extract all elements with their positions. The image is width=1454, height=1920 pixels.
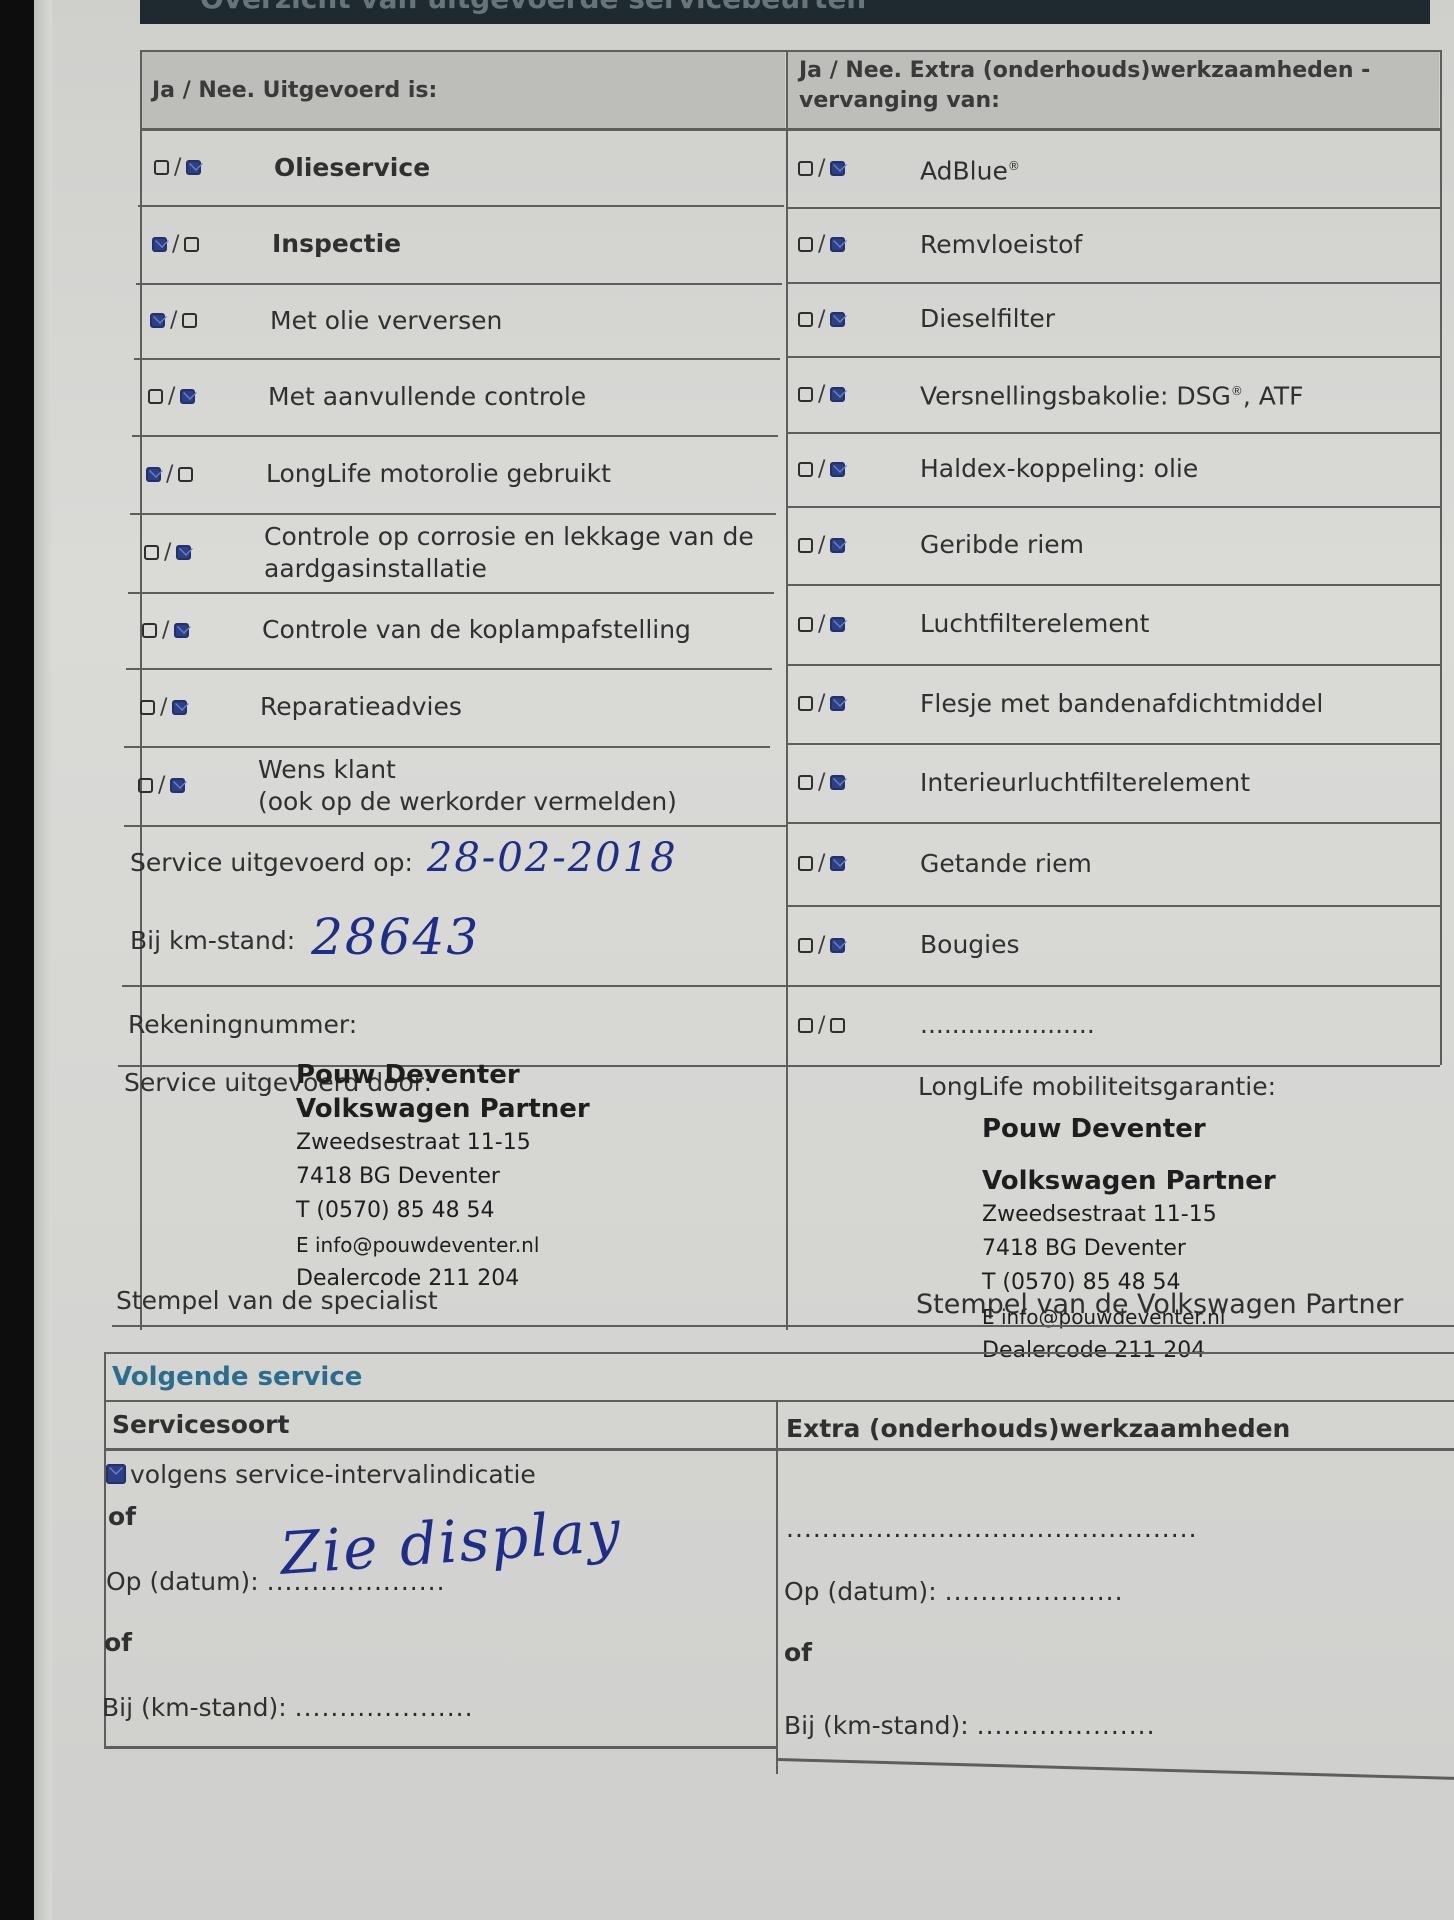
account-label: Rekeningnummer: — [128, 1010, 357, 1039]
replacement-label: Dieselfilter — [920, 303, 1055, 335]
ja-nee-checkboxes: / — [154, 155, 236, 180]
nee-checkbox[interactable] — [830, 938, 845, 953]
rule-line — [786, 905, 1440, 907]
servicesoort-header: Servicesoort — [112, 1402, 289, 1446]
ja-nee-checkboxes: / — [798, 851, 880, 876]
label-text: Dieselfilter — [920, 304, 1055, 333]
slash-separator: / — [818, 851, 825, 876]
label-text: Geribde riem — [920, 530, 1084, 559]
replacement-row: /Remvloeistof — [790, 207, 1438, 282]
left-service-row: /Wens klant(ook op de werkorder vermelde… — [128, 746, 768, 825]
nee-checkbox[interactable] — [176, 545, 191, 560]
rule-line — [124, 825, 786, 827]
interval-option: volgens service-intervalindicatie — [106, 1452, 536, 1496]
ja-nee-checkboxes: / — [798, 770, 880, 795]
ja-nee-checkboxes: / — [150, 308, 232, 333]
nee-checkbox[interactable] — [178, 467, 193, 482]
registered-mark: ® — [1231, 384, 1243, 398]
label-line: LongLife motorolie gebruikt — [266, 458, 611, 490]
replacement-row: /Interieurluchtfilterelement — [790, 743, 1438, 822]
nee-checkbox[interactable] — [186, 160, 201, 175]
rule-line — [776, 1402, 778, 1774]
left-service-row: /Met olie verversen — [140, 283, 780, 358]
nee-checkbox[interactable] — [830, 312, 845, 327]
page-edge — [34, 0, 52, 1920]
service-item-label: Met aanvullende controle — [268, 381, 586, 413]
ja-checkbox[interactable] — [798, 237, 813, 252]
ja-checkbox[interactable] — [798, 312, 813, 327]
left-service-row: /Controle op corrosie en lekkage van dea… — [134, 513, 774, 592]
dealer-name: Pouw Deventer — [296, 1058, 590, 1092]
ja-checkbox[interactable] — [148, 389, 163, 404]
nee-checkbox[interactable] — [174, 623, 189, 638]
ja-checkbox[interactable] — [798, 538, 813, 553]
label-line: Met aanvullende controle — [268, 381, 586, 413]
next-service-title: Volgende service — [112, 1356, 362, 1398]
rule-line — [124, 746, 770, 748]
left-header: Ja / Nee. Uitgevoerd is: — [140, 52, 785, 130]
replacement-row: /Bougies — [790, 905, 1438, 985]
nee-checkbox[interactable] — [180, 389, 195, 404]
label-suffix: , ATF — [1243, 382, 1304, 411]
service-item-label: Olieservice — [274, 152, 430, 184]
replacement-row: /Haldex-koppeling: olie — [790, 432, 1438, 506]
rule-line — [134, 358, 780, 360]
interval-checkbox[interactable] — [106, 1464, 126, 1484]
slash-separator: / — [162, 618, 169, 643]
rule-line — [130, 513, 776, 515]
stamp-partner-label: Stempel van de Volkswagen Partner — [916, 1284, 1403, 1324]
label-line: Wens klant — [258, 754, 677, 786]
label-line: Reparatieadvies — [260, 691, 462, 723]
replacement-label: AdBlue® — [920, 150, 1020, 187]
label-text: ...................... — [920, 1010, 1095, 1039]
or-label-2: of — [104, 1622, 132, 1662]
dealer-street: Zweedsestraat 11-15 — [982, 1198, 1276, 1232]
extra-date-dots[interactable]: .................... — [945, 1577, 1124, 1606]
ja-nee-checkboxes: / — [798, 156, 880, 181]
slash-separator: / — [818, 770, 825, 795]
replacement-row: /AdBlue® — [790, 130, 1438, 207]
ja-checkbox[interactable] — [146, 467, 161, 482]
left-header-text: Ja / Nee. Uitgevoerd is: — [152, 78, 437, 103]
nee-checkbox[interactable] — [830, 1018, 845, 1033]
left-service-row: /Met aanvullende controle — [138, 358, 778, 435]
extra-km-dots[interactable]: .................... — [977, 1711, 1156, 1740]
nee-checkbox[interactable] — [170, 778, 185, 793]
ja-checkbox[interactable] — [798, 856, 813, 871]
replacement-label: Getande riem — [920, 848, 1092, 880]
rule-line — [786, 1325, 1454, 1327]
ja-checkbox[interactable] — [798, 387, 813, 402]
slash-separator: / — [818, 156, 825, 181]
left-service-row: /LongLife motorolie gebruikt — [136, 435, 776, 513]
rule-line — [140, 50, 1440, 52]
slash-separator: / — [168, 384, 175, 409]
dealer-code: Dealercode 211 204 — [982, 1334, 1276, 1368]
replacement-label: Geribde riem — [920, 529, 1084, 561]
ja-checkbox[interactable] — [150, 313, 165, 328]
rule-line — [786, 506, 1440, 508]
slash-separator: / — [818, 933, 825, 958]
extra-work-header: Extra (onderhouds)werkzaamheden — [786, 1406, 1290, 1450]
slash-separator: / — [172, 232, 179, 257]
ja-nee-checkboxes: / — [152, 232, 234, 257]
ja-checkbox[interactable] — [798, 161, 813, 176]
slash-separator: / — [818, 457, 825, 482]
nee-checkbox[interactable] — [830, 617, 845, 632]
ja-nee-checkboxes: / — [798, 232, 880, 257]
service-item-label: Inspectie — [272, 228, 401, 260]
rule-line — [786, 743, 1440, 745]
ja-nee-checkboxes: / — [798, 1013, 880, 1038]
rule-line — [112, 1325, 788, 1327]
service-date-row: Service uitgevoerd op:28-02-2018 — [128, 830, 778, 895]
ja-nee-checkboxes: / — [798, 533, 880, 558]
slash-separator: / — [160, 695, 167, 720]
ja-nee-checkboxes: / — [140, 695, 222, 720]
label-line: Olieservice — [274, 152, 430, 184]
rule-line — [128, 592, 774, 594]
extra-work-line[interactable]: ........................................… — [786, 1508, 1198, 1548]
right-header-text: Ja / Nee. Extra (onderhouds)werkzaamhede… — [799, 58, 1370, 113]
ja-checkbox[interactable] — [138, 778, 153, 793]
ja-checkbox[interactable] — [798, 775, 813, 790]
registered-mark: ® — [1008, 159, 1020, 173]
rule-line — [104, 1448, 1454, 1451]
left-service-row: /Controle van de koplampafstelling — [132, 592, 772, 668]
ja-nee-checkboxes: / — [144, 540, 226, 565]
slash-separator: / — [818, 691, 825, 716]
label-text: Interieurluchtfilterelement — [920, 768, 1250, 797]
extra-or-label: of — [784, 1632, 812, 1672]
replacement-label: Versnellingsbakolie: DSG®, ATF — [920, 375, 1304, 412]
label-text: Haldex-koppeling: olie — [920, 454, 1198, 483]
ja-checkbox[interactable] — [798, 938, 813, 953]
rule-line — [126, 668, 772, 670]
ja-nee-checkboxes: / — [798, 307, 880, 332]
rule-line — [786, 50, 788, 1330]
replacement-label: Bougies — [920, 929, 1020, 961]
dealer-stamp: Pouw DeventerVolkswagen PartnerZweedsest… — [296, 1058, 590, 1296]
banner-title: Overzicht van uitgevoerde servicebeurten — [200, 0, 866, 15]
right-header: Ja / Nee. Extra (onderhouds)werkzaamhede… — [787, 52, 1439, 130]
extra-date-row: Op (datum):.................... — [784, 1566, 1124, 1616]
replacement-label: Remvloeistof — [920, 229, 1082, 261]
ja-nee-checkboxes: / — [798, 933, 880, 958]
left-service-row: /Olieservice — [144, 130, 784, 205]
rule-line — [104, 1746, 778, 1749]
slash-separator: / — [170, 308, 177, 333]
ja-checkbox[interactable] — [798, 462, 813, 477]
service-date-value[interactable]: 28-02-2018 — [427, 835, 678, 881]
rule-line — [786, 282, 1440, 284]
next-km-row: Bij (km-stand):.................... — [102, 1682, 474, 1732]
replacement-label: Luchtfilterelement — [920, 608, 1149, 640]
label-line: Inspectie — [272, 228, 401, 260]
nee-checkbox[interactable] — [830, 696, 845, 711]
dealer-phone: T (0570) 85 48 54 — [296, 1194, 590, 1228]
label-text: Getande riem — [920, 849, 1092, 878]
ja-checkbox[interactable] — [798, 1018, 813, 1033]
km-label: Bij (km-stand): — [102, 1693, 287, 1722]
rule-line — [786, 432, 1440, 434]
label-line: Controle op corrosie en lekkage van de — [264, 521, 754, 553]
slash-separator: / — [818, 232, 825, 257]
rule-line — [136, 283, 782, 285]
replacement-row: /Geribde riem — [790, 506, 1438, 584]
ja-nee-checkboxes: / — [798, 612, 880, 637]
ja-nee-checkboxes: / — [798, 457, 880, 482]
service-item-label: Wens klant(ook op de werkorder vermelden… — [258, 754, 677, 818]
section-banner: Overzicht van uitgevoerde servicebeurten — [140, 0, 1430, 24]
extra-km-row: Bij (km-stand):.................... — [784, 1700, 1156, 1750]
label-text: Flesje met bandenafdichtmiddel — [920, 689, 1323, 718]
ja-checkbox[interactable] — [140, 700, 155, 715]
ja-nee-checkboxes: / — [798, 382, 880, 407]
interval-label: volgens service-intervalindicatie — [130, 1460, 536, 1489]
dealer-email[interactable]: E info@pouwdeventer.nl — [296, 1228, 590, 1262]
label-line-2: aardgasinstallatie — [264, 553, 754, 585]
nee-checkbox[interactable] — [830, 462, 845, 477]
replacement-label: Flesje met bandenafdichtmiddel — [920, 688, 1323, 720]
km-row: Bij km-stand:28643 — [128, 905, 778, 975]
rule-line — [786, 985, 1440, 987]
rule-line — [132, 435, 778, 437]
slash-separator: / — [818, 382, 825, 407]
service-item-label: Met olie verversen — [270, 305, 502, 337]
ja-nee-checkboxes: / — [142, 618, 224, 643]
left-service-row: /Inspectie — [142, 205, 782, 283]
rule-line — [786, 207, 1440, 209]
replacement-label: Interieurluchtfilterelement — [920, 767, 1250, 799]
label-text: Versnellingsbakolie: DSG — [920, 382, 1231, 411]
nee-checkbox[interactable] — [184, 237, 199, 252]
km-value[interactable]: 28643 — [311, 908, 480, 966]
dealer-stamp: Pouw DeventerVolkswagen PartnerZweedsest… — [982, 1112, 1276, 1368]
rule-line — [1440, 50, 1442, 1065]
ja-checkbox[interactable] — [142, 623, 157, 638]
label-text: Luchtfilterelement — [920, 609, 1149, 638]
replacement-row: /...................... — [790, 985, 1438, 1065]
dealer-street: Zweedsestraat 11-15 — [296, 1126, 590, 1160]
km-label: Bij km-stand: — [130, 926, 295, 955]
ja-checkbox[interactable] — [798, 617, 813, 632]
service-date-label: Service uitgevoerd op: — [130, 848, 413, 877]
replacement-label: ...................... — [920, 1009, 1095, 1041]
dealer-subtitle: Volkswagen Partner — [296, 1092, 590, 1126]
service-item-label: LongLife motorolie gebruikt — [266, 458, 611, 490]
dealer-subtitle: Volkswagen Partner — [982, 1164, 1276, 1198]
rule-line — [104, 1352, 1454, 1354]
service-item-label: Controle op corrosie en lekkage van deaa… — [264, 521, 754, 585]
km-dots[interactable]: .................... — [295, 1693, 474, 1722]
rule-line — [104, 1400, 1454, 1402]
label-text: Remvloeistof — [920, 230, 1082, 259]
ja-nee-checkboxes: / — [798, 691, 880, 716]
dealer-city: 7418 BG Deventer — [982, 1232, 1276, 1266]
label-line: Met olie verversen — [270, 305, 502, 337]
replacement-row: /Luchtfilterelement — [790, 584, 1438, 664]
rule-line — [138, 205, 784, 207]
date-label: Op (datum): — [106, 1567, 259, 1596]
extra-km-label: Bij (km-stand): — [784, 1711, 969, 1740]
nee-checkbox[interactable] — [830, 387, 845, 402]
replacement-row: /Dieselfilter — [790, 282, 1438, 356]
left-service-row: /Reparatieadvies — [130, 668, 770, 746]
rule-line — [786, 664, 1440, 666]
slash-separator: / — [158, 773, 165, 798]
ja-checkbox[interactable] — [798, 696, 813, 711]
service-item-label: Controle van de koplampafstelling — [262, 614, 691, 646]
dealer-city: 7418 BG Deventer — [296, 1160, 590, 1194]
nee-checkbox[interactable] — [830, 538, 845, 553]
label-text: AdBlue — [920, 156, 1008, 185]
label-text: Bougies — [920, 930, 1020, 959]
slash-separator: / — [818, 307, 825, 332]
label-line-2: (ook op de werkorder vermelden) — [258, 786, 677, 818]
nee-checkbox[interactable] — [172, 700, 187, 715]
service-item-label: Reparatieadvies — [260, 691, 462, 723]
ja-nee-checkboxes: / — [138, 773, 220, 798]
nee-checkbox[interactable] — [182, 313, 197, 328]
ja-checkbox[interactable] — [144, 545, 159, 560]
rule-line — [786, 356, 1440, 358]
slash-separator: / — [164, 540, 171, 565]
ja-checkbox[interactable] — [154, 160, 169, 175]
nee-checkbox[interactable] — [830, 775, 845, 790]
replacement-row: /Flesje met bandenafdichtmiddel — [790, 664, 1438, 743]
rule-line — [786, 584, 1440, 586]
label-line: Controle van de koplampafstelling — [262, 614, 691, 646]
slash-separator: / — [818, 612, 825, 637]
replacement-row: /Versnellingsbakolie: DSG®, ATF — [790, 356, 1438, 432]
longlife-label: LongLife mobiliteitsgarantie: — [918, 1066, 1276, 1106]
slash-separator: / — [818, 1013, 825, 1038]
extra-date-label: Op (datum): — [784, 1577, 937, 1606]
slash-separator: / — [166, 462, 173, 487]
nee-checkbox[interactable] — [830, 856, 845, 871]
rule-line — [122, 985, 788, 987]
account-row: Rekeningnummer: — [126, 988, 776, 1060]
ja-checkbox[interactable] — [152, 237, 167, 252]
ja-nee-checkboxes: / — [146, 462, 228, 487]
replacement-row: /Getande riem — [790, 822, 1438, 905]
or-label: of — [108, 1496, 136, 1536]
ja-nee-checkboxes: / — [148, 384, 230, 409]
rule-line — [786, 822, 1440, 824]
slash-separator: / — [818, 533, 825, 558]
nee-checkbox[interactable] — [830, 161, 845, 176]
nee-checkbox[interactable] — [830, 237, 845, 252]
stamp-specialist-label: Stempel van de specialist — [116, 1280, 438, 1320]
dealer-name: Pouw Deventer — [982, 1112, 1276, 1146]
slash-separator: / — [174, 155, 181, 180]
replacement-label: Haldex-koppeling: olie — [920, 453, 1198, 485]
